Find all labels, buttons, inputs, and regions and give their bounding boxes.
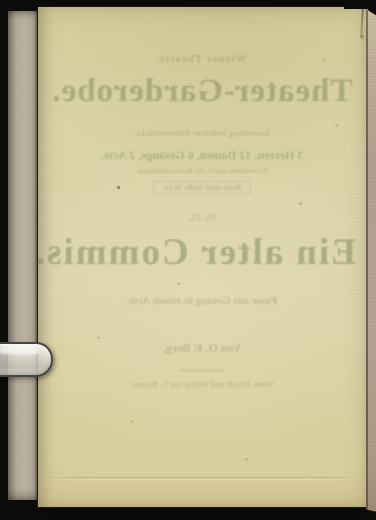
page-corner-fold — [360, 7, 364, 38]
page-corner-fold-tip — [360, 35, 364, 43]
bleed-price-line: Preis einer Rolle 30 kr. — [48, 181, 356, 194]
clip-highlight — [0, 347, 39, 354]
bleed-divider-rule — [180, 370, 224, 371]
book-page: Wiener Theater Theater-Garderobe. Sammlu… — [38, 7, 368, 507]
book-flyleaf-edge — [8, 11, 37, 500]
bleed-play-title: Ein alter Commis. — [48, 231, 356, 274]
page-crease — [38, 477, 368, 478]
bleed-series-header: Wiener Theater — [48, 53, 356, 65]
bleed-series-title: Theater-Garderobe. — [48, 73, 356, 110]
bleed-play-subtitle: Posse mit Gesang in einem Acte. — [48, 295, 356, 307]
bleed-number-line: № 15. — [48, 212, 356, 224]
bleed-imprint-line: Wien. Druck und Verlag von L. Rosner. — [48, 379, 356, 389]
bleed-distribution-line: Zu beziehen durch alle Buchhandlungen. — [48, 166, 356, 175]
paper-foxing-specks — [38, 7, 39, 8]
bleed-author-line: Von O. F. Berg. — [48, 341, 356, 356]
adjacent-page-edge — [366, 9, 376, 512]
page-crease-highlight — [38, 479, 368, 480]
page-holder-clip — [0, 342, 53, 377]
bleed-price-box: Preis einer Rolle 30 kr. — [153, 181, 250, 194]
bleed-series-subtitle: Sammlung beliebter Bühnenstücke. — [48, 128, 356, 138]
bleed-cast-line: 3 Herren, 12 Damen, 6 Gesänge, 2 Acte. — [48, 148, 356, 163]
top-shadow-notch — [344, 0, 376, 9]
scanned-book-photo: Wiener Theater Theater-Garderobe. Sammlu… — [0, 0, 376, 520]
bleedthrough-text-mirrored: Wiener Theater Theater-Garderobe. Sammlu… — [48, 7, 356, 507]
